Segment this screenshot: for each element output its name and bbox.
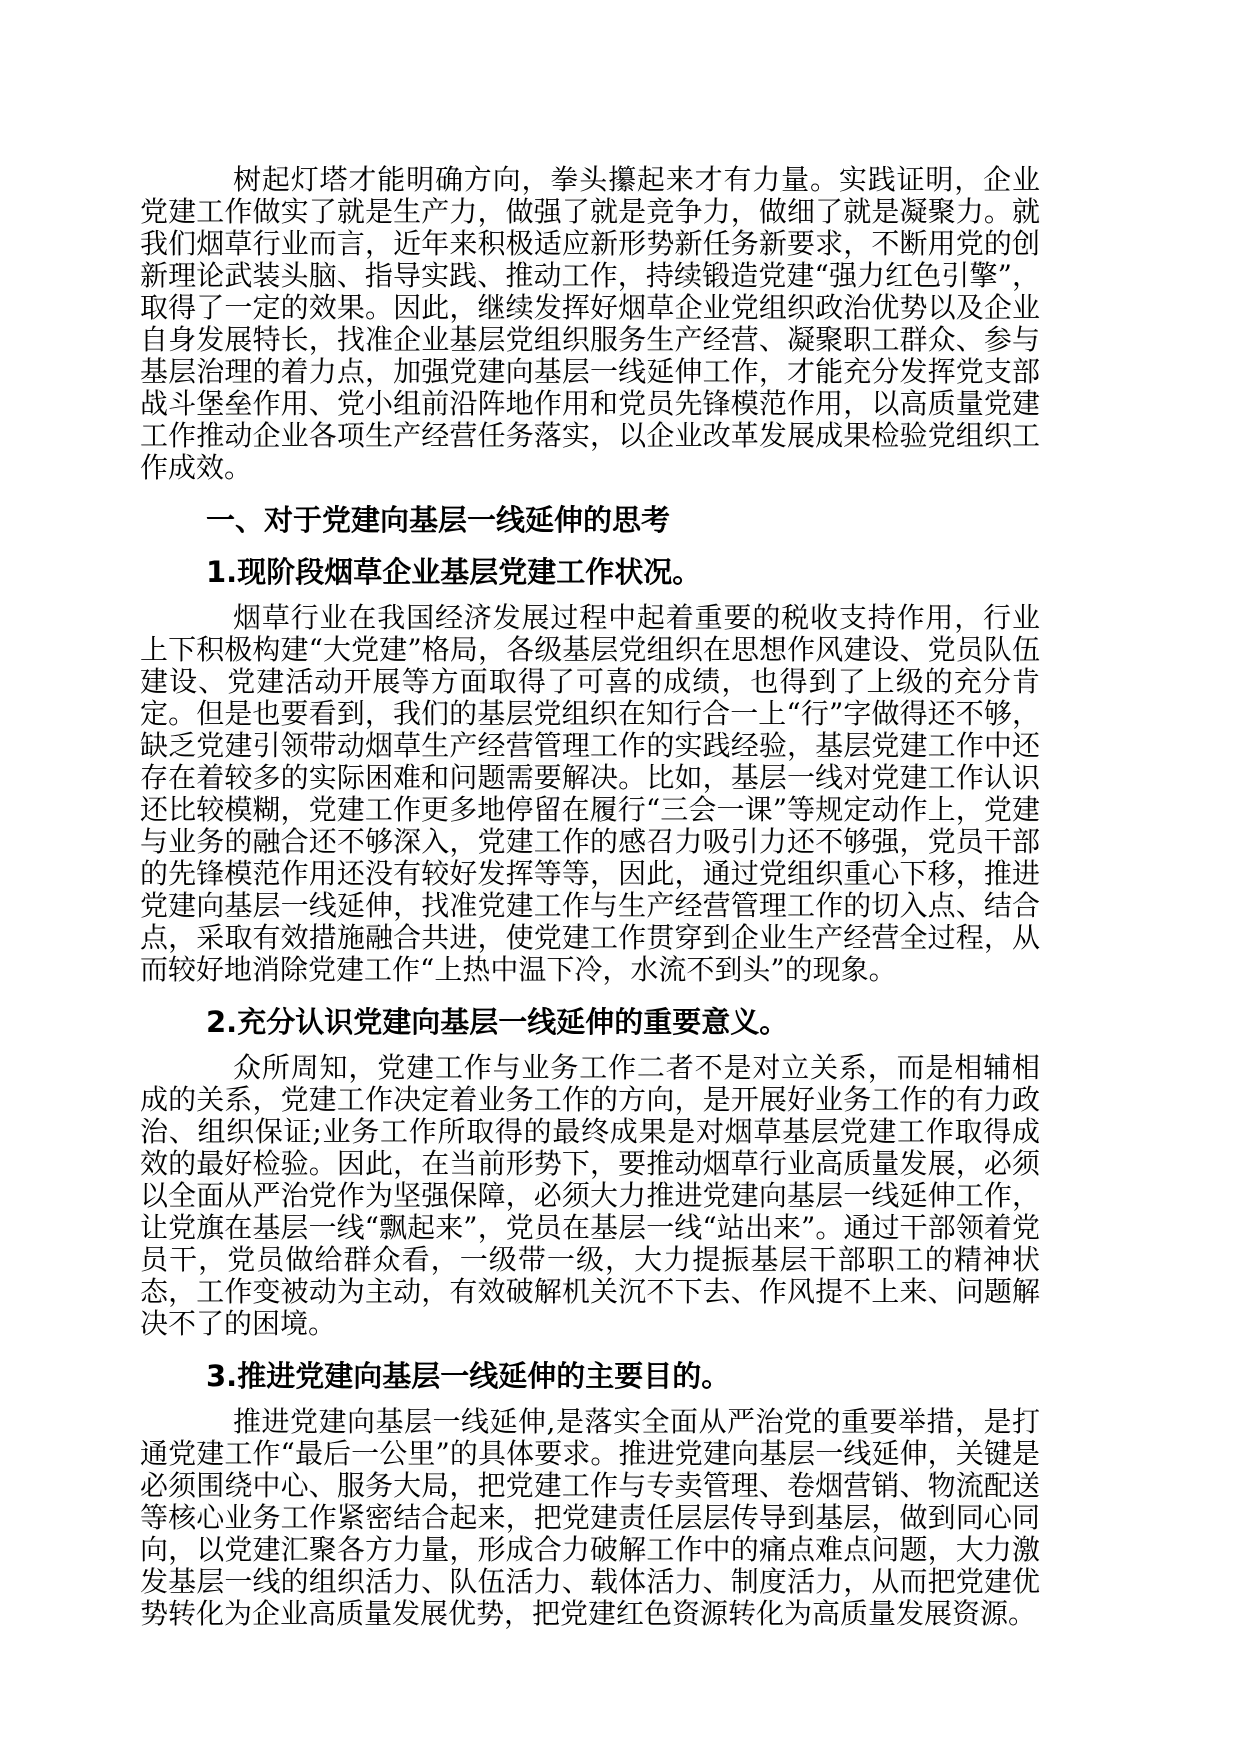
- intro-paragraph: 树起灯塔才能明确方向，拳头攥起来才有力量。实践证明，企业党建工作做实了就是生产力…: [140, 164, 1040, 484]
- section-1-heading: 一、对于党建向基层一线延伸的思考: [140, 504, 1040, 536]
- subsection-1-paragraph: 烟草行业在我国经济发展过程中起着重要的税收支持作用，行业上下积极构建“大党建”格…: [140, 602, 1040, 986]
- subsection-3-heading: 3.推进党建向基层一线延伸的主要目的。: [140, 1360, 1040, 1392]
- subsection-2-heading: 2.充分认识党建向基层一线延伸的重要意义。: [140, 1006, 1040, 1038]
- subsection-3-paragraph: 推进党建向基层一线延伸,是落实全面从严治党的重要举措，是打通党建工作“最后一公里…: [140, 1406, 1040, 1630]
- document-content: 树起灯塔才能明确方向，拳头攥起来才有力量。实践证明，企业党建工作做实了就是生产力…: [140, 164, 1040, 1630]
- subsection-2-paragraph: 众所周知，党建工作与业务工作二者不是对立关系，而是相辅相成的关系，党建工作决定着…: [140, 1052, 1040, 1340]
- subsection-1-heading: 1.现阶段烟草企业基层党建工作状况。: [140, 556, 1040, 588]
- document-page: 树起灯塔才能明确方向，拳头攥起来才有力量。实践证明，企业党建工作做实了就是生产力…: [0, 0, 1240, 1754]
